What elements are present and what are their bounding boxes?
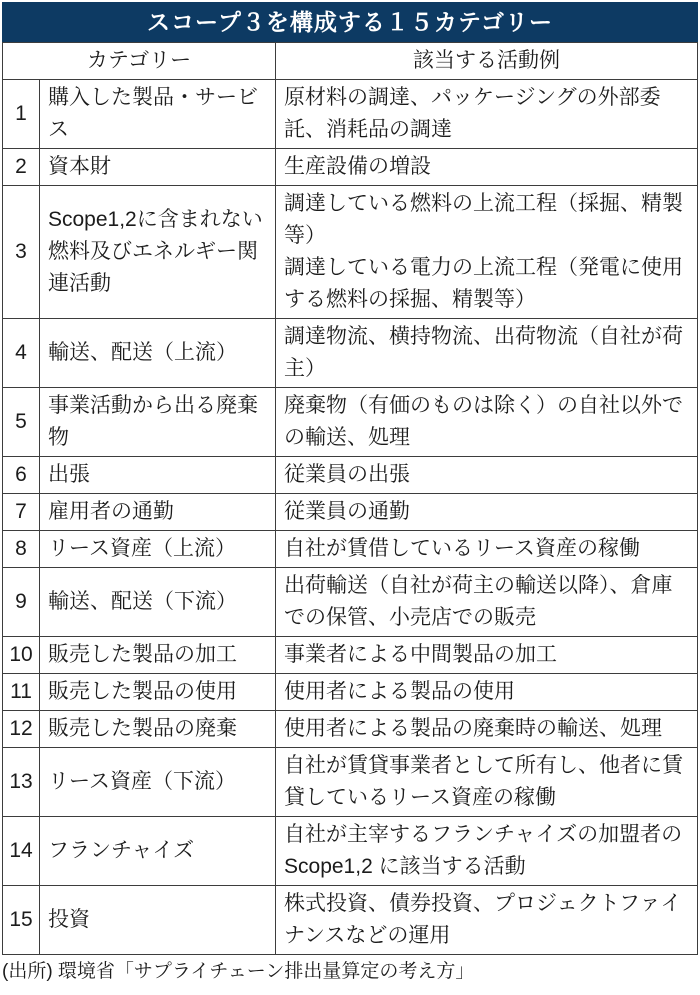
- scope3-categories-table: カテゴリー 該当する活動例 1 購入した製品・サービス 原材料の調達、パッケージ…: [2, 42, 698, 955]
- row-number: 2: [3, 149, 40, 186]
- row-activity: 原材料の調達、パッケージングの外部委託、消耗品の調達: [276, 80, 698, 149]
- row-activity: 生産設備の増設: [276, 149, 698, 186]
- table-row: 7 雇用者の通勤 従業員の通勤: [3, 494, 698, 531]
- row-number: 13: [3, 748, 40, 817]
- row-category: 資本財: [40, 149, 276, 186]
- row-category: 雇用者の通勤: [40, 494, 276, 531]
- row-category: リース資産（上流）: [40, 531, 276, 568]
- table-row: 10 販売した製品の加工 事業者による中間製品の加工: [3, 637, 698, 674]
- table-title: スコープ３を構成する１５カテゴリー: [2, 2, 698, 42]
- row-activity: 従業員の出張: [276, 457, 698, 494]
- row-category: 輸送、配送（上流）: [40, 319, 276, 388]
- row-category: 出張: [40, 457, 276, 494]
- row-number: 1: [3, 80, 40, 149]
- table-row: 1 購入した製品・サービス 原材料の調達、パッケージングの外部委託、消耗品の調達: [3, 80, 698, 149]
- row-category: フランチャイズ: [40, 817, 276, 886]
- row-activity: 出荷輸送（自社が荷主の輸送以降）、倉庫での保管、小売店での販売: [276, 568, 698, 637]
- page: スコープ３を構成する１５カテゴリー カテゴリー 該当する活動例 1 購入した製品…: [0, 0, 700, 995]
- table-row: 12 販売した製品の廃棄 使用者による製品の廃棄時の輸送、処理: [3, 711, 698, 748]
- row-activity: 自社が主宰するフランチャイズの加盟者のScope1,2 に該当する活動: [276, 817, 698, 886]
- row-category: 販売した製品の廃棄: [40, 711, 276, 748]
- row-activity: 事業者による中間製品の加工: [276, 637, 698, 674]
- row-activity: 調達物流、横持物流、出荷物流（自社が荷主）: [276, 319, 698, 388]
- table-row: 14 フランチャイズ 自社が主宰するフランチャイズの加盟者のScope1,2 に…: [3, 817, 698, 886]
- row-number: 6: [3, 457, 40, 494]
- row-number: 4: [3, 319, 40, 388]
- row-number: 7: [3, 494, 40, 531]
- column-header-activity: 該当する活動例: [276, 43, 698, 80]
- row-activity: 株式投資、債券投資、プロジェクトファイナンスなどの運用: [276, 886, 698, 955]
- table-row: 4 輸送、配送（上流） 調達物流、横持物流、出荷物流（自社が荷主）: [3, 319, 698, 388]
- row-activity: 調達している燃料の上流工程（採掘、精製等） 調達している電力の上流工程（発電に使…: [276, 186, 698, 319]
- row-number: 11: [3, 674, 40, 711]
- row-activity: 使用者による製品の使用: [276, 674, 698, 711]
- row-category: Scope1,2に含まれない燃料及びエネルギー関連活動: [40, 186, 276, 319]
- table-row: 6 出張 従業員の出張: [3, 457, 698, 494]
- row-number: 10: [3, 637, 40, 674]
- row-activity: 自社が賃借しているリース資産の稼働: [276, 531, 698, 568]
- table-row: 9 輸送、配送（下流） 出荷輸送（自社が荷主の輸送以降）、倉庫での保管、小売店で…: [3, 568, 698, 637]
- table-row: 13 リース資産（下流） 自社が賃貸事業者として所有し、他者に賃貸しているリース…: [3, 748, 698, 817]
- table-row: 2 資本財 生産設備の増設: [3, 149, 698, 186]
- row-activity: 自社が賃貸事業者として所有し、他者に賃貸しているリース資産の稼働: [276, 748, 698, 817]
- row-number: 14: [3, 817, 40, 886]
- row-category: 購入した製品・サービス: [40, 80, 276, 149]
- row-activity: 従業員の通勤: [276, 494, 698, 531]
- row-number: 15: [3, 886, 40, 955]
- row-category: 投資: [40, 886, 276, 955]
- table-row: 15 投資 株式投資、債券投資、プロジェクトファイナンスなどの運用: [3, 886, 698, 955]
- row-category: 事業活動から出る廃棄物: [40, 388, 276, 457]
- row-number: 9: [3, 568, 40, 637]
- row-number: 5: [3, 388, 40, 457]
- header-row: カテゴリー 該当する活動例: [3, 43, 698, 80]
- table-row: 3 Scope1,2に含まれない燃料及びエネルギー関連活動 調達している燃料の上…: [3, 186, 698, 319]
- table-row: 5 事業活動から出る廃棄物 廃棄物（有価のものは除く）の自社以外での輸送、処理: [3, 388, 698, 457]
- row-activity: 廃棄物（有価のものは除く）の自社以外での輸送、処理: [276, 388, 698, 457]
- row-number: 12: [3, 711, 40, 748]
- row-category: 販売した製品の使用: [40, 674, 276, 711]
- row-number: 3: [3, 186, 40, 319]
- table-row: 8 リース資産（上流） 自社が賃借しているリース資産の稼働: [3, 531, 698, 568]
- source-note: (出所) 環境省「サプライチェーン排出量算定の考え方」: [2, 955, 698, 988]
- row-category: リース資産（下流）: [40, 748, 276, 817]
- row-number: 8: [3, 531, 40, 568]
- row-category: 輸送、配送（下流）: [40, 568, 276, 637]
- row-activity: 使用者による製品の廃棄時の輸送、処理: [276, 711, 698, 748]
- row-category: 販売した製品の加工: [40, 637, 276, 674]
- table-row: 11 販売した製品の使用 使用者による製品の使用: [3, 674, 698, 711]
- column-header-category: カテゴリー: [3, 43, 276, 80]
